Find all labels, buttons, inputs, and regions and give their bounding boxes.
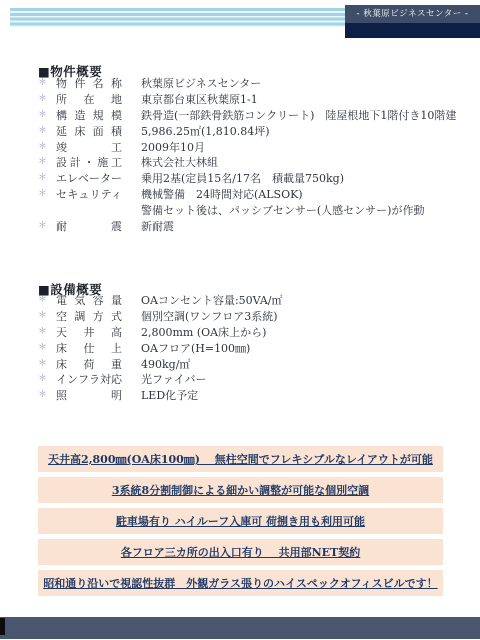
asterisk-bullet-icon: ＊ bbox=[36, 140, 56, 156]
spec-row: ＊空調方式個別空調(ワンフロア3系統) bbox=[36, 309, 470, 325]
asterisk-bullet-icon: ＊ bbox=[36, 155, 56, 171]
asterisk-bullet-icon: ＊ bbox=[36, 124, 56, 140]
spec-value: 秋葉原ビジネスセンター bbox=[141, 76, 261, 92]
feature-banner-text: 昭和通り沿いで視認性抜群 外観ガラス張りのハイスペックオフィスビルです！ bbox=[43, 575, 437, 591]
spec-value: OAフロア(H=100㎜) bbox=[141, 341, 250, 357]
spec-row: ＊セキュリティ機械警備 24時間対応(ALSOK) bbox=[36, 187, 470, 203]
asterisk-bullet-icon: ＊ bbox=[36, 309, 56, 325]
spec-row: ＊天井高2,800mm (OA床上から) bbox=[36, 325, 470, 341]
spec-label: 耐震 bbox=[56, 219, 122, 235]
footer-notch bbox=[0, 618, 5, 635]
spec-label: エレベーター bbox=[56, 171, 122, 187]
spec-label: 照明 bbox=[56, 388, 122, 404]
spec-row: ＊設計・施工株式会社大林組 bbox=[36, 155, 470, 171]
feature-banner-text: 駐車場有り ハイルーフ入庫可 荷捌き用も利用可能 bbox=[116, 513, 365, 529]
spec-label: 床荷重 bbox=[56, 357, 122, 373]
spec-label: 延床面積 bbox=[56, 124, 122, 140]
asterisk-bullet-icon: ＊ bbox=[36, 372, 56, 388]
spec-value: 鉄骨造(一部鉄骨鉄筋コンクリート) 陸屋根地下1階付き10階建 bbox=[141, 108, 456, 124]
asterisk-bullet-icon: ＊ bbox=[36, 325, 56, 341]
spec-row: ＊警備セット後は、パッシブセンサー(人感センサー)が作動 bbox=[36, 203, 470, 219]
spec-label: インフラ対応 bbox=[56, 372, 122, 388]
spec-label: 天井高 bbox=[56, 325, 122, 341]
spec-row: ＊インフラ対応光ファイバー bbox=[36, 372, 470, 388]
spec-value: LED化予定 bbox=[141, 388, 198, 404]
spec-label: 物件名称 bbox=[56, 76, 122, 92]
spec-value: 光ファイバー bbox=[141, 372, 207, 388]
spec-value: 5,986.25㎡(1,810.84坪) bbox=[141, 124, 270, 140]
feature-banner: 天井高2,800㎜(OA床100㎜) 無柱空間でフレキシブルなレイアウトが可能 bbox=[38, 446, 443, 472]
spec-label: 床仕上 bbox=[56, 341, 122, 357]
asterisk-bullet-icon: ＊ bbox=[36, 357, 56, 373]
spec-value: 株式会社大林組 bbox=[141, 155, 218, 171]
spec-value: 東京都台東区秋葉原1-1 bbox=[141, 92, 258, 108]
spec-value: 警備セット後は、パッシブセンサー(人感センサー)が作動 bbox=[141, 203, 424, 219]
feature-banner: 昭和通り沿いで視認性抜群 外観ガラス張りのハイスペックオフィスビルです！ bbox=[38, 570, 443, 596]
spec-value: 個別空調(ワンフロア3系統) bbox=[141, 309, 278, 325]
spec-row: ＊照明LED化予定 bbox=[36, 388, 470, 404]
asterisk-bullet-icon: ＊ bbox=[36, 108, 56, 124]
asterisk-bullet-icon: ＊ bbox=[36, 92, 56, 108]
spec-value: 新耐震 bbox=[141, 219, 174, 235]
spec-row: ＊竣工2009年10月 bbox=[36, 140, 470, 156]
spec-label: 空調方式 bbox=[56, 309, 122, 325]
spec-row: ＊電気容量OAコンセント容量:50VA/㎡ bbox=[36, 293, 470, 309]
feature-banner-text: 3系統8分割制御による細かい調整が可能な個別空調 bbox=[112, 482, 369, 498]
asterisk-bullet-icon: ＊ bbox=[36, 171, 56, 187]
overview-spec-list: ＊物件名称秋葉原ビジネスセンター＊所在地東京都台東区秋葉原1-1＊構造規模鉄骨造… bbox=[36, 76, 470, 235]
spec-label: 所在地 bbox=[56, 92, 122, 108]
header-title-box: - 秋葉原ビジネスセンター - bbox=[345, 5, 480, 38]
spec-row: ＊物件名称秋葉原ビジネスセンター bbox=[36, 76, 470, 92]
spec-row: ＊床荷重490kg/㎡ bbox=[36, 357, 470, 373]
spec-label: 電気容量 bbox=[56, 293, 122, 309]
spec-label: 設計・施工 bbox=[56, 155, 122, 171]
spec-label: 構造規模 bbox=[56, 108, 122, 124]
feature-banner-text: 天井高2,800㎜(OA床100㎜) 無柱空間でフレキシブルなレイアウトが可能 bbox=[48, 451, 433, 467]
spec-value: 乗用2基(定員15名/17名 積載量750kg) bbox=[141, 171, 344, 187]
feature-banner: 駐車場有り ハイルーフ入庫可 荷捌き用も利用可能 bbox=[38, 508, 443, 534]
facilities-spec-list: ＊電気容量OAコンセント容量:50VA/㎡＊空調方式個別空調(ワンフロア3系統)… bbox=[36, 293, 470, 404]
spec-row: ＊耐震新耐震 bbox=[36, 219, 470, 235]
asterisk-bullet-icon: ＊ bbox=[36, 293, 56, 309]
spec-value: 機械警備 24時間対応(ALSOK) bbox=[141, 187, 303, 203]
spec-label bbox=[56, 203, 122, 219]
spec-row: ＊所在地東京都台東区秋葉原1-1 bbox=[36, 92, 470, 108]
asterisk-bullet-icon: ＊ bbox=[36, 187, 56, 203]
feature-banner-text: 各フロア三カ所の出入口有り 共用部NET契約 bbox=[121, 544, 360, 560]
spec-value: OAコンセント容量:50VA/㎡ bbox=[141, 293, 283, 309]
spec-value: 2009年10月 bbox=[141, 140, 205, 156]
feature-banner: 各フロア三カ所の出入口有り 共用部NET契約 bbox=[38, 539, 443, 565]
spec-row: ＊エレベーター乗用2基(定員15名/17名 積載量750kg) bbox=[36, 171, 470, 187]
spec-label: セキュリティ bbox=[56, 187, 122, 203]
asterisk-bullet-icon: ＊ bbox=[36, 76, 56, 92]
spec-row: ＊床仕上OAフロア(H=100㎜) bbox=[36, 341, 470, 357]
spec-row: ＊延床面積5,986.25㎡(1,810.84坪) bbox=[36, 124, 470, 140]
spec-value: 2,800mm (OA床上から) bbox=[141, 325, 266, 341]
asterisk-bullet-icon: ＊ bbox=[36, 341, 56, 357]
asterisk-bullet-icon: ＊ bbox=[36, 388, 56, 404]
header-title-box-underbar bbox=[345, 23, 480, 38]
spec-value: 490kg/㎡ bbox=[141, 357, 190, 373]
footer-bar bbox=[0, 617, 480, 639]
header-title: - 秋葉原ビジネスセンター - bbox=[345, 5, 480, 23]
property-flyer-page: - 秋葉原ビジネスセンター - ■物件概要 ＊物件名称秋葉原ビジネスセンター＊所… bbox=[0, 0, 480, 640]
spec-label: 竣工 bbox=[56, 140, 122, 156]
feature-banner: 3系統8分割制御による細かい調整が可能な個別空調 bbox=[38, 477, 443, 503]
asterisk-bullet-icon: ＊ bbox=[36, 219, 56, 235]
spec-row: ＊構造規模鉄骨造(一部鉄骨鉄筋コンクリート) 陸屋根地下1階付き10階建 bbox=[36, 108, 470, 124]
